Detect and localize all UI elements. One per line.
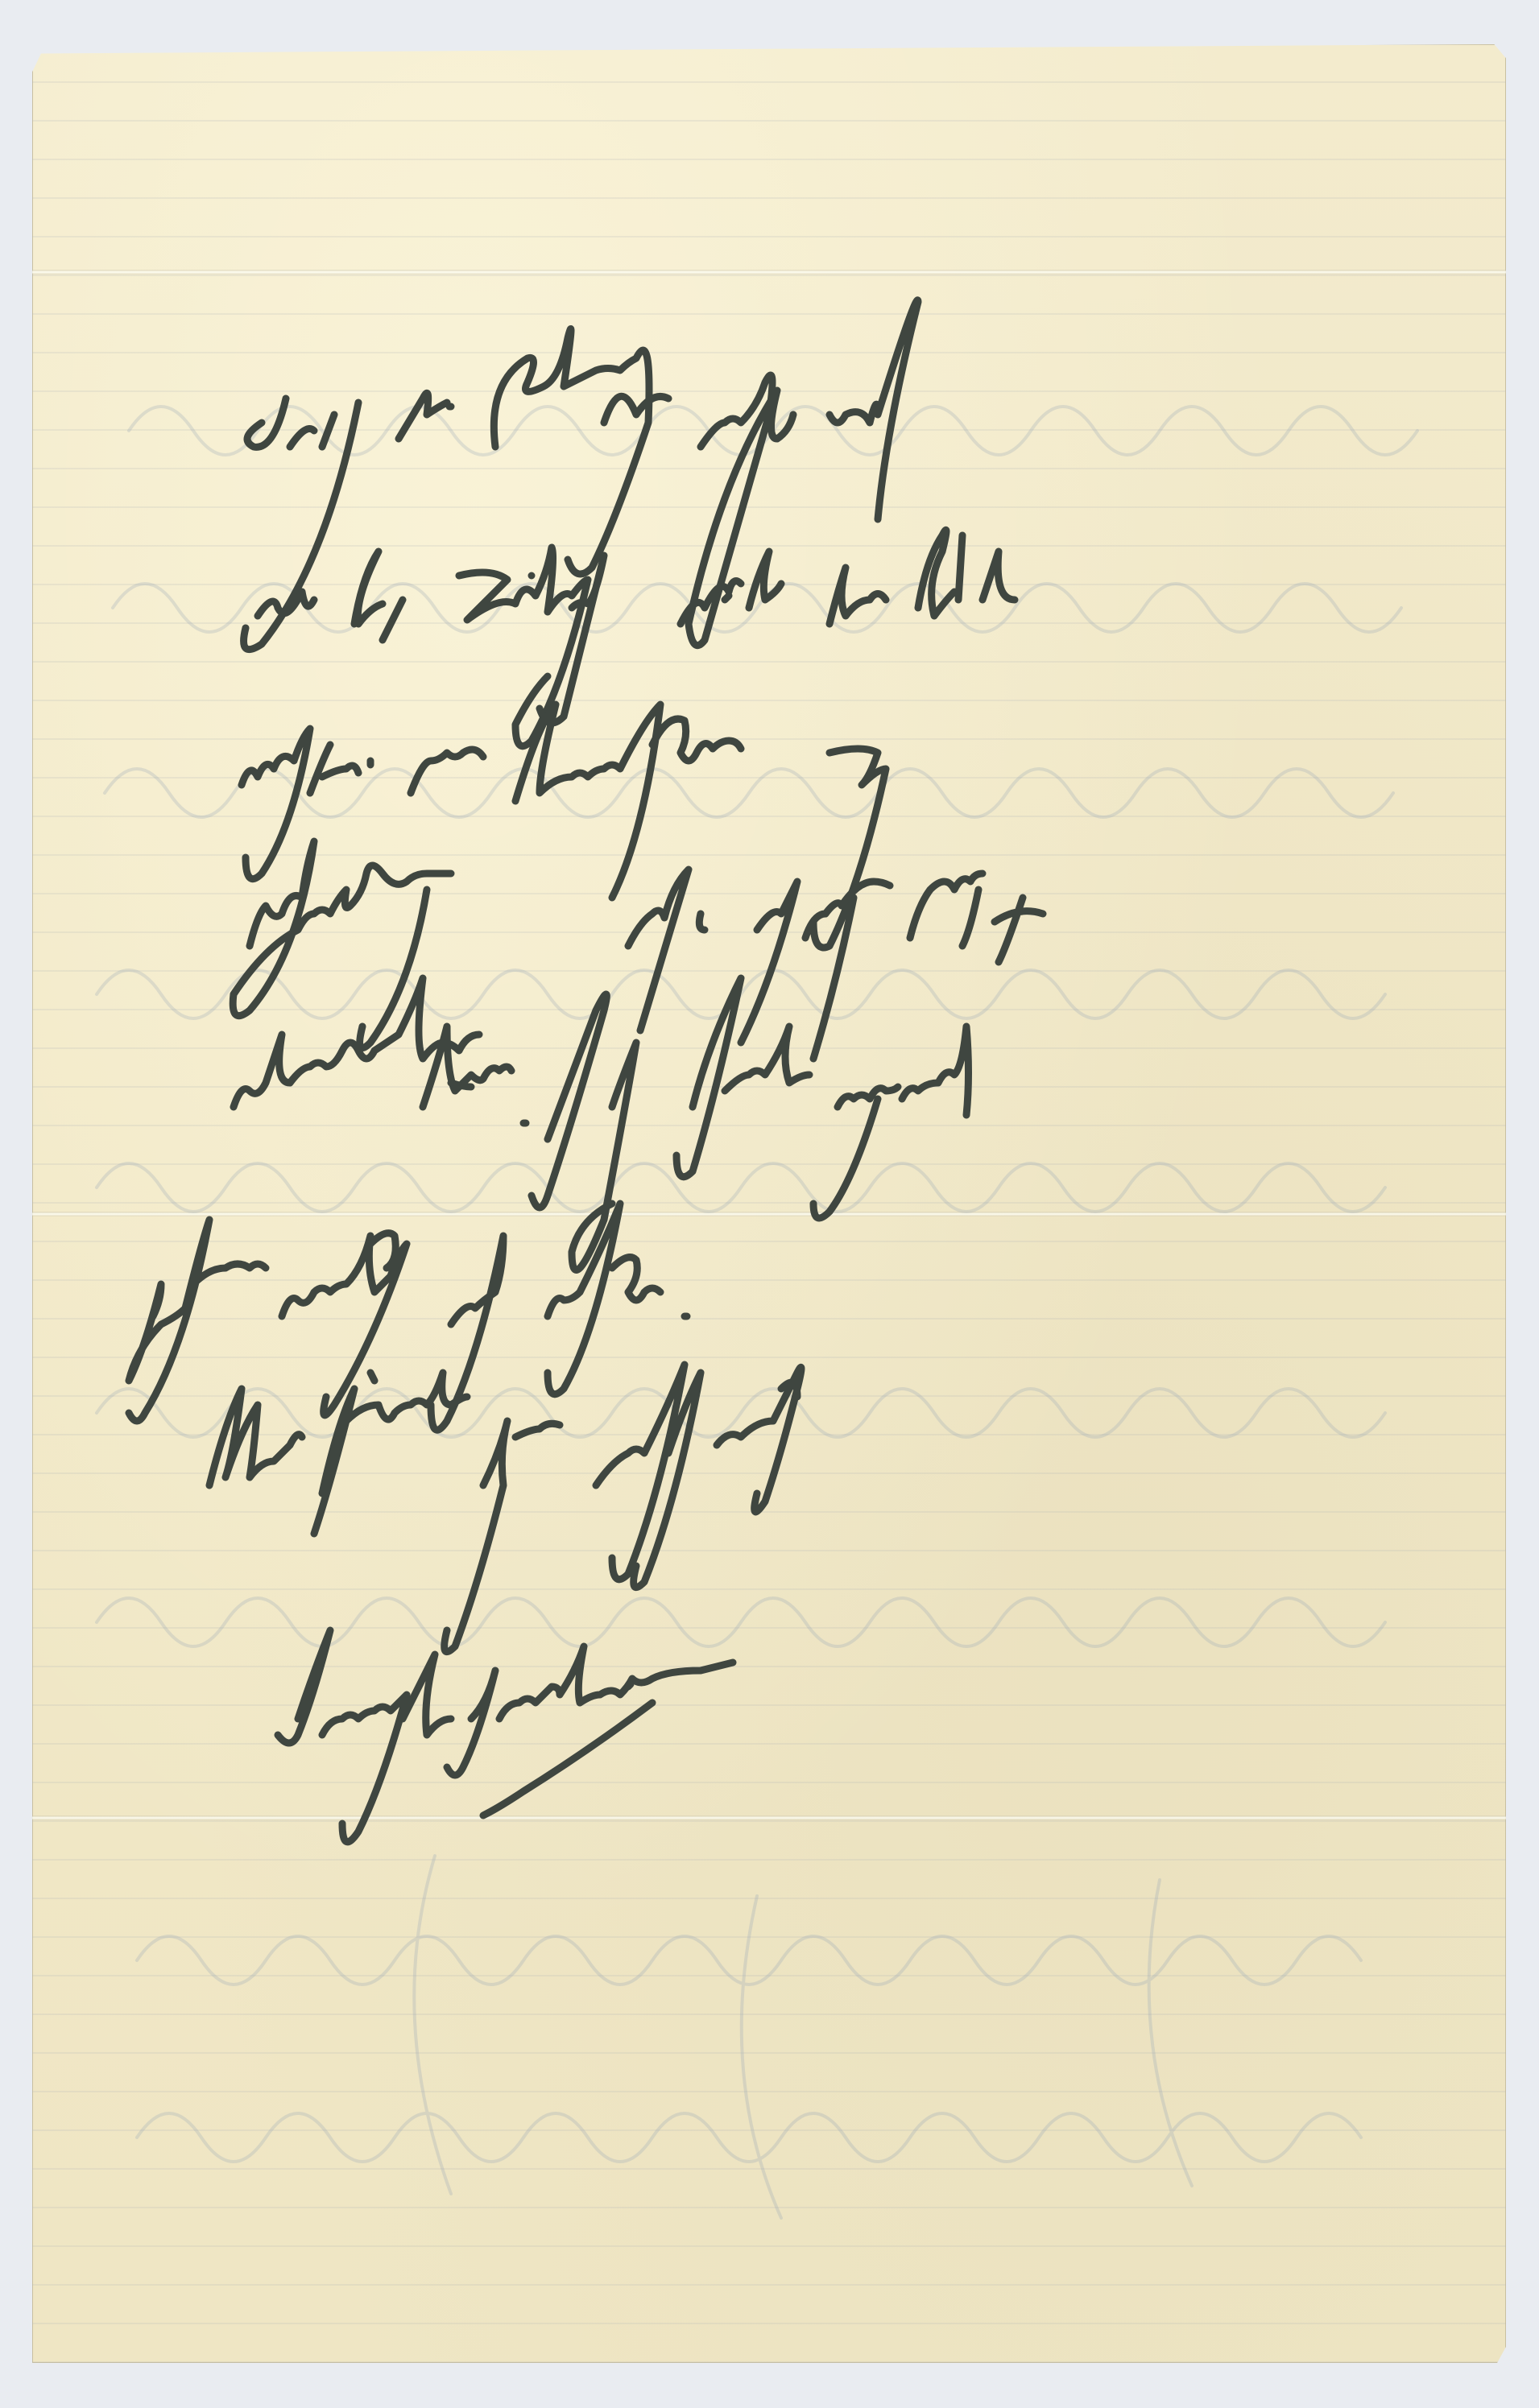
signature <box>278 1630 733 1842</box>
letter-line-5 <box>234 978 969 1270</box>
letter-sheet: da ich die Adresse nicht weiß an Sie; zu… <box>32 44 1506 2363</box>
handwriting-layer <box>32 44 1506 2363</box>
letter-line-6 <box>129 1204 687 1430</box>
letter-line-2 <box>258 530 1015 746</box>
letter-closing <box>209 1365 801 1652</box>
bleedthrough-text <box>97 407 1417 2218</box>
letter-line-4 <box>233 841 1043 1059</box>
